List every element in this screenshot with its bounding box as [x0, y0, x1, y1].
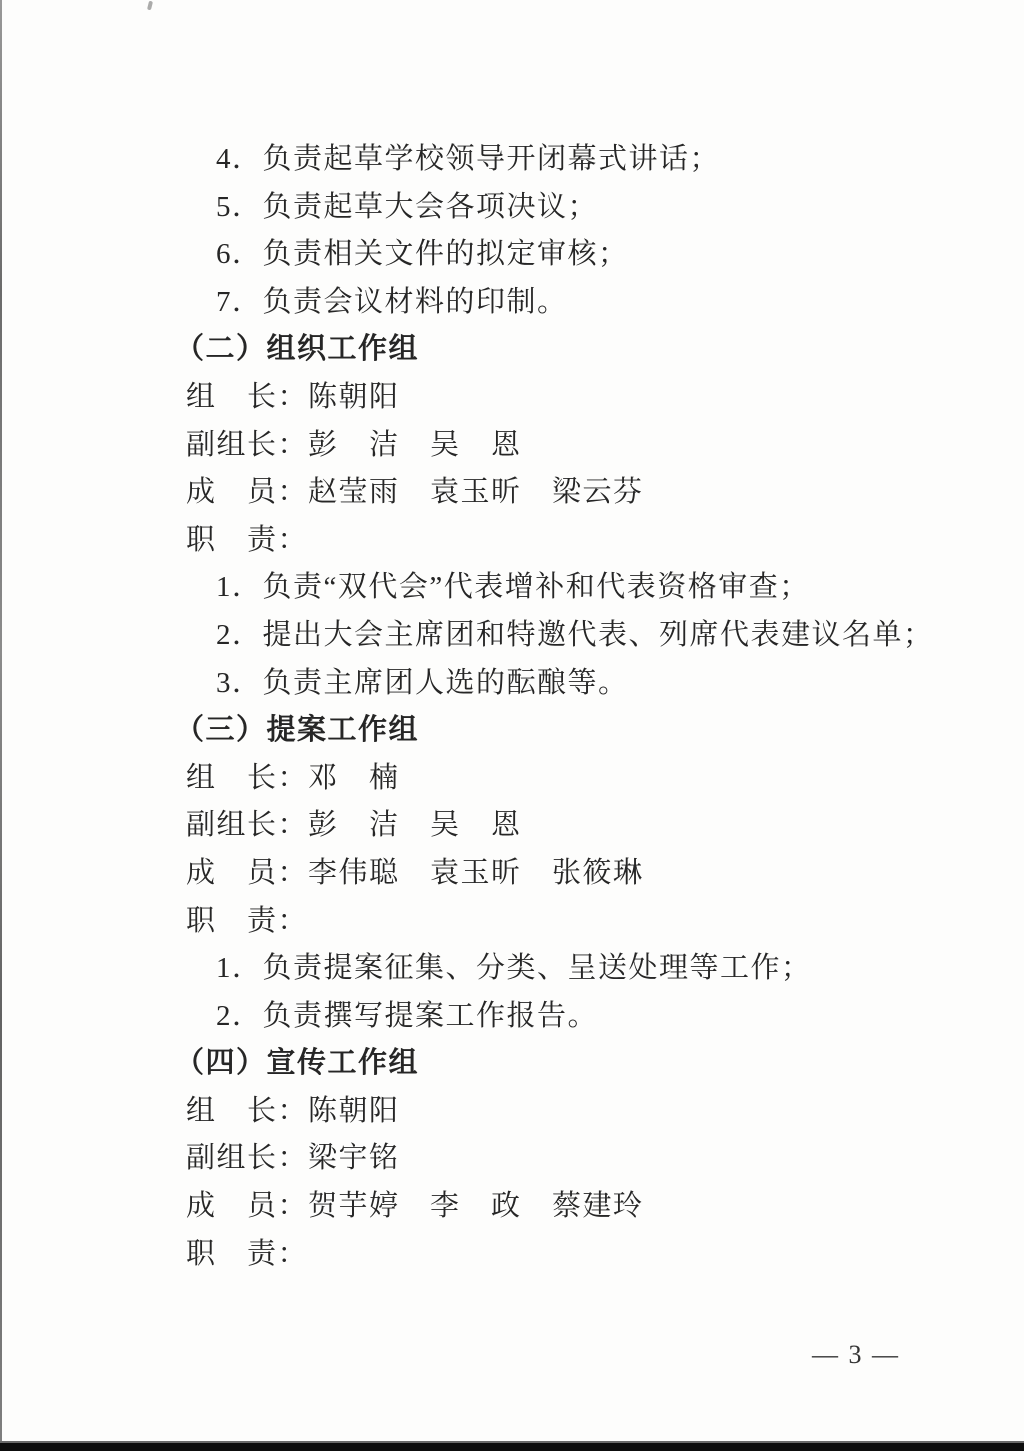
document-line-label: 组 长：邓 楠: [0, 755, 1024, 803]
document-line-item: 6．负责相关文件的拟定审核；: [0, 231, 1024, 279]
document-line-label: 副组长：彭 洁 吴 恩: [0, 802, 1024, 850]
document-line-heading: （四）宣传工作组: [0, 1040, 1024, 1088]
scan-artifact-bottom-edge: [0, 1441, 1024, 1451]
document-line-heading: （二）组织工作组: [0, 326, 1024, 374]
document-line-item: 1．负责“双代会”代表增补和代表资格审查；: [0, 564, 1024, 612]
document-line-label: 副组长：彭 洁 吴 恩: [0, 422, 1024, 470]
document-line-heading: （三）提案工作组: [0, 707, 1024, 755]
document-line-item: 7．负责会议材料的印制。: [0, 279, 1024, 327]
document-line-label: 成 员：贺芋婷 李 政 蔡建玲: [0, 1183, 1024, 1231]
document-line-label: 组 长：陈朝阳: [0, 374, 1024, 422]
document-page: 4．负责起草学校领导开闭幕式讲话；5．负责起草大会各项决议；6．负责相关文件的拟…: [0, 0, 1024, 1451]
document-line-item: 2．提出大会主席团和特邀代表、列席代表建议名单；: [0, 612, 1024, 660]
document-line-label: 成 员：李伟聪 袁玉昕 张筱琳: [0, 850, 1024, 898]
document-line-label: 成 员：赵莹雨 袁玉昕 梁云芬: [0, 469, 1024, 517]
document-body: 4．负责起草学校领导开闭幕式讲话；5．负责起草大会各项决议；6．负责相关文件的拟…: [0, 136, 1024, 1278]
document-line-item: 4．负责起草学校领导开闭幕式讲话；: [0, 136, 1024, 184]
document-line-item: 3．负责主席团人选的酝酿等。: [0, 660, 1024, 708]
document-line-item: 1．负责提案征集、分类、呈送处理等工作；: [0, 945, 1024, 993]
document-line-label: 副组长：梁宇铭: [0, 1135, 1024, 1183]
document-line-label: 职 责：: [0, 1231, 1024, 1279]
document-line-item: 2．负责撰写提案工作报告。: [0, 993, 1024, 1041]
page-number: — 3 —: [796, 1340, 916, 1370]
document-line-label: 职 责：: [0, 517, 1024, 565]
document-line-label: 组 长：陈朝阳: [0, 1088, 1024, 1136]
scan-artifact-left-edge: [0, 0, 2, 1451]
document-line-label: 职 责：: [0, 898, 1024, 946]
scan-artifact-top-mark: [147, 1, 153, 11]
document-line-item: 5．负责起草大会各项决议；: [0, 184, 1024, 232]
